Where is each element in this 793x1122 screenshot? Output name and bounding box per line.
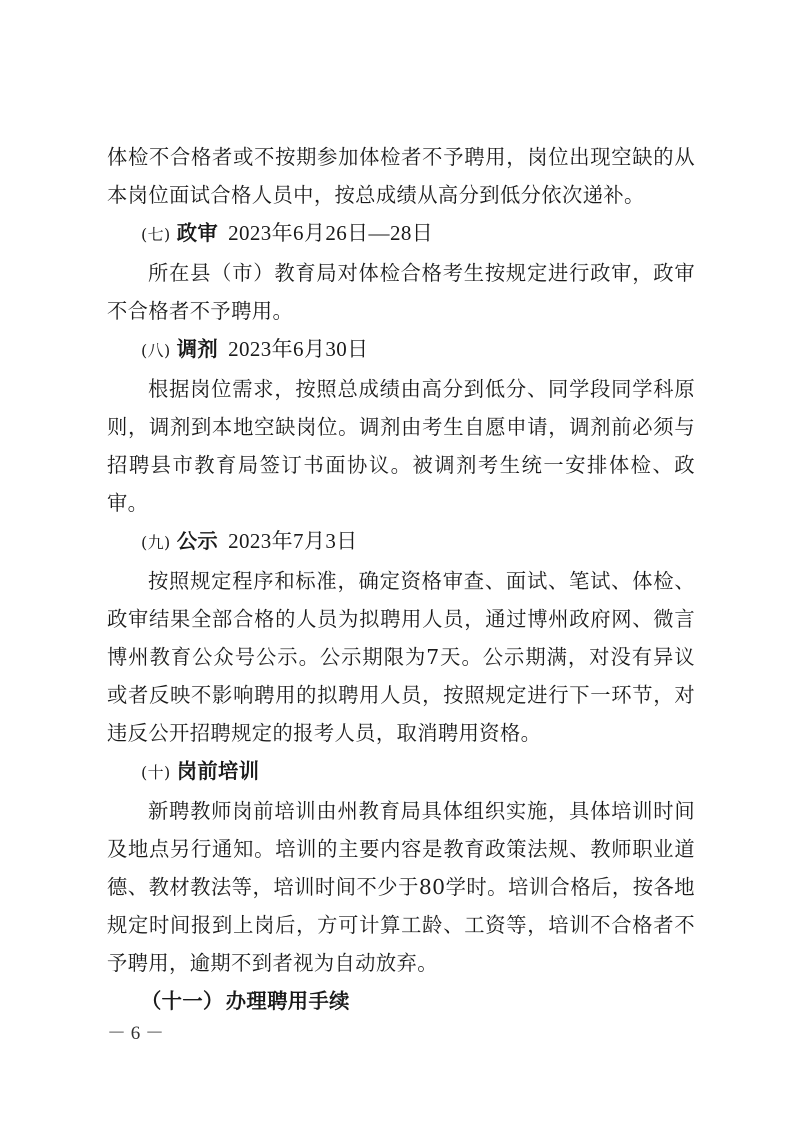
section-title: 调剂 — [177, 337, 218, 361]
section-title: 岗前培训 — [177, 759, 260, 783]
section-date: 2023年6月30日 — [228, 337, 369, 361]
section-heading-9: (九)公示2023年7月3日 — [107, 522, 695, 562]
page-number: － 6 － — [107, 1018, 164, 1045]
section-number: （十一） — [141, 989, 224, 1013]
section-body-7: 所在县（市）教育局对体检合格考生按规定进行政审，政审不合格者不予聘用。 — [107, 254, 695, 330]
section-heading-8: (八)调剂2023年6月30日 — [107, 330, 695, 370]
section-number: (九) — [141, 533, 171, 552]
section-number: (七) — [141, 225, 171, 244]
document-page: 体检不合格者或不按期参加体检者不予聘用，岗位出现空缺的从本岗位面试合格人员中，按… — [107, 138, 695, 1020]
section-body-10: 新聘教师岗前培训由州教育局具体组织实施，具体培训时间及地点另行通知。培训的主要内… — [107, 792, 695, 982]
section-heading-7: (七)政审2023年6月26日—28日 — [107, 214, 695, 254]
section-number: (八) — [141, 341, 171, 360]
section-title: 公示 — [177, 529, 218, 553]
section-heading-10: (十)岗前培训 — [107, 752, 695, 792]
paragraph-continuation: 体检不合格者或不按期参加体检者不予聘用，岗位出现空缺的从本岗位面试合格人员中，按… — [107, 138, 695, 214]
section-body-8: 根据岗位需求，按照总成绩由高分到低分、同学段同学科原则，调剂到本地空缺岗位。调剂… — [107, 370, 695, 522]
section-title: 办理聘用手续 — [226, 989, 350, 1013]
section-number: (十) — [141, 763, 171, 782]
section-heading-11: （十一）办理聘用手续 — [107, 982, 695, 1020]
section-title: 政审 — [177, 221, 218, 245]
section-date: 2023年7月3日 — [228, 529, 358, 553]
section-body-9: 按照规定程序和标准，确定资格审查、面试、笔试、体检、政审结果全部合格的人员为拟聘… — [107, 562, 695, 752]
section-date: 2023年6月26日—28日 — [228, 221, 433, 245]
